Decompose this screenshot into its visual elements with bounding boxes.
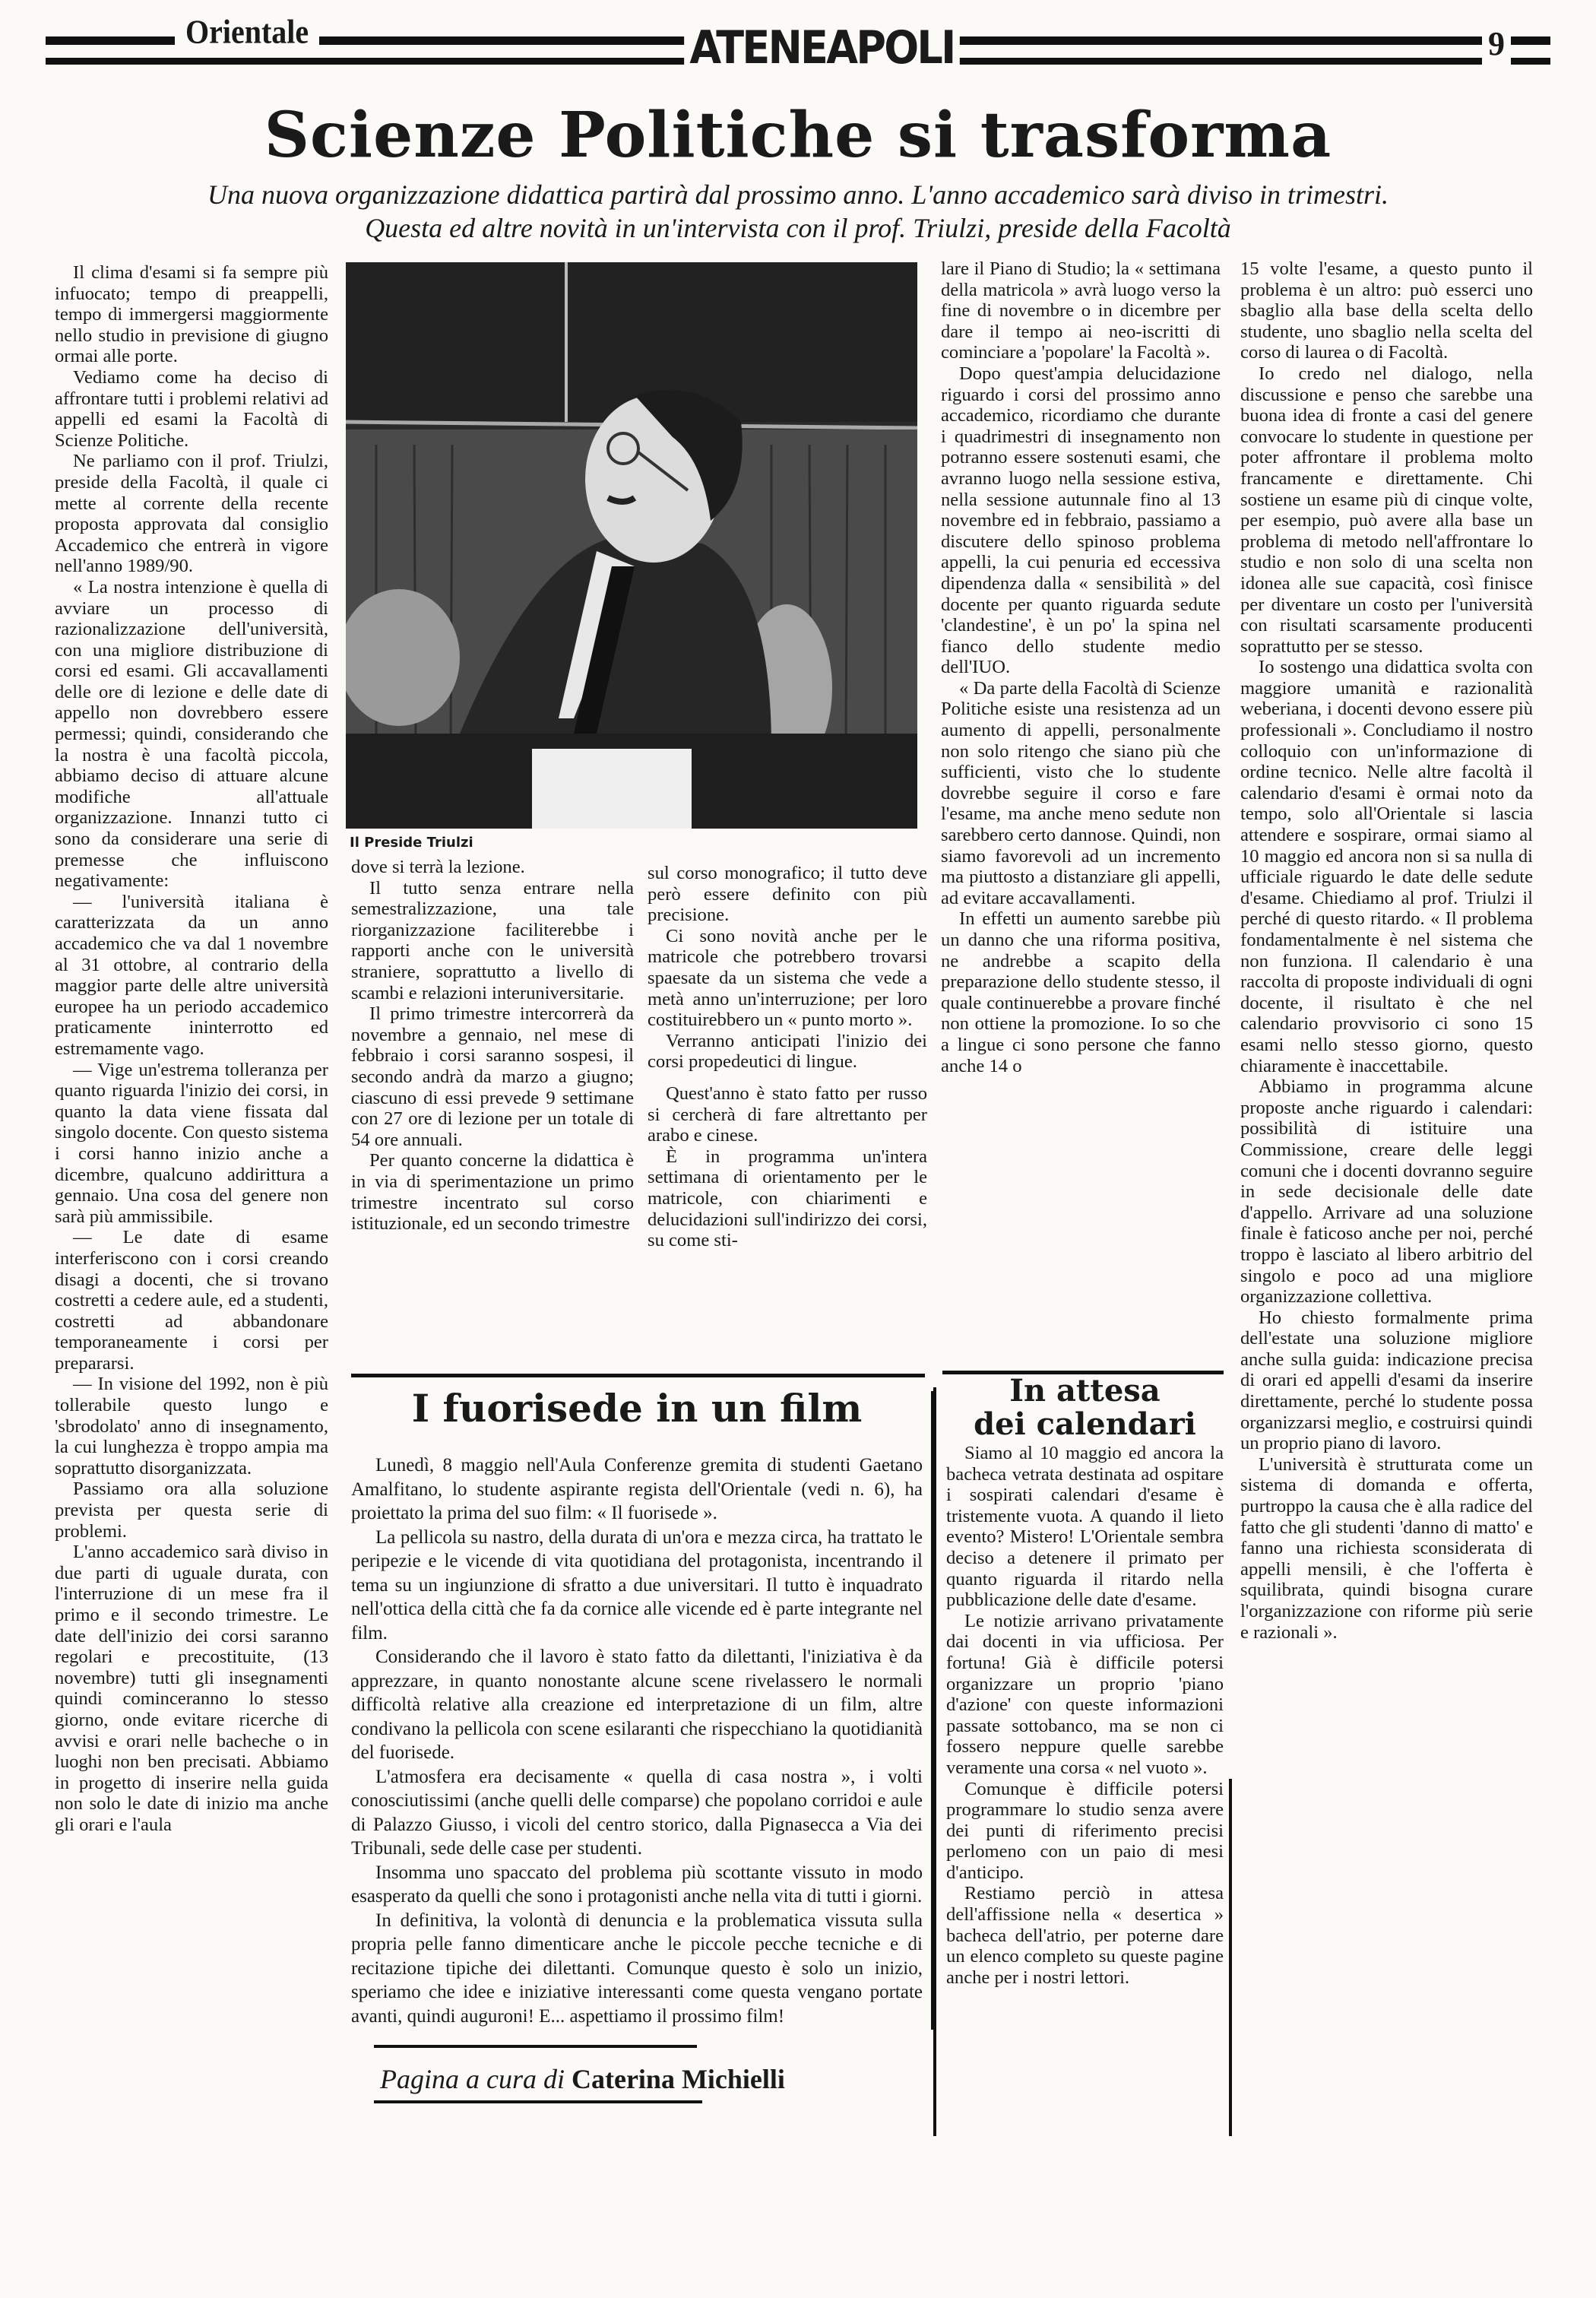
paragraph: Io credo nel dialogo, nella discussione … [1240, 363, 1533, 657]
paragraph: Ci sono novità anche per le matricole ch… [648, 926, 927, 1031]
paragraph: Il tutto senza entrare nella semestraliz… [351, 878, 634, 1004]
paragraph: Verranno anticipati l'inizio dei corsi p… [648, 1031, 927, 1073]
calendar-box-body: Siamo al 10 maggio ed ancora la bacheca … [946, 1443, 1224, 1988]
article-column-4: lare il Piano di Studio; la « settimana … [941, 258, 1221, 1076]
paragraph: L'università è strutturata come un siste… [1240, 1454, 1533, 1643]
paragraph: — Vige un'estrema tolleranza per quanto … [55, 1060, 328, 1228]
section-label: Orientale [175, 14, 319, 50]
paragraph: Il primo trimestre intercorrerà da novem… [351, 1003, 634, 1150]
paragraph: Io sostengo una didattica svolta con mag… [1240, 657, 1533, 1076]
article-subhead: Una nuova organizzazione didattica parti… [0, 178, 1596, 245]
paragraph: Passiamo ora alla soluzione prevista per… [55, 1479, 328, 1542]
article-column-3: sul corso monografico; il tutto deve per… [648, 863, 927, 1251]
paragraph: Siamo al 10 maggio ed ancora la bacheca … [946, 1443, 1224, 1611]
paragraph: — In visione del 1992, non è più tollera… [55, 1374, 328, 1479]
calendar-box-left-rule [933, 1387, 936, 2136]
credit-author: Caterina Michielli [572, 2064, 785, 2094]
paragraph: Considerando che il lavoro è stato fatto… [351, 1645, 923, 1765]
film-box-title: I fuorisede in un film [351, 1385, 923, 1432]
paragraph: È in programma un'intera settimana di or… [648, 1146, 927, 1251]
credit-bottom-rule [374, 2100, 702, 2103]
paragraph: Comunque è difficile potersi programmare… [946, 1779, 1224, 1884]
paragraph: In effetti un aumento sarebbe più un dan… [941, 908, 1221, 1076]
paragraph: Ne parliamo con il prof. Triulzi, presid… [55, 451, 328, 577]
credit-top-rule-2 [374, 2045, 697, 2048]
paragraph: Vediamo come ha deciso di affrontare tut… [55, 367, 328, 451]
publication-logo: ATENEAPOLI [684, 21, 960, 74]
paragraph: « La nostra intenzione è quella di avvia… [55, 577, 328, 892]
credit-prefix: Pagina a cura di [380, 2064, 565, 2094]
article-column-1: Il clima d'esami si fa sempre più infuoc… [55, 262, 328, 1836]
paragraph: « Da parte della Facoltà di Scienze Poli… [941, 678, 1221, 909]
paragraph: L'anno accademico sarà diviso in due par… [55, 1542, 328, 1835]
film-box: I fuorisede in un film Lunedì, 8 maggio … [351, 1385, 923, 2028]
paragraph: Restiamo perciò in attesa dell'affission… [946, 1883, 1224, 1988]
photo-image [346, 262, 917, 829]
paragraph: Il clima d'esami si fa sempre più infuoc… [55, 262, 328, 367]
paragraph: Le notizie arrivano privatamente dai doc… [946, 1611, 1224, 1779]
calendar-title-line-2: dei calendari [946, 1408, 1224, 1441]
paragraph: Quest'anno è stato fatto per russo si ce… [648, 1083, 927, 1146]
paragraph: In definitiva, la volontà di denuncia e … [351, 1909, 923, 2029]
paragraph: Per quanto concerne la didattica è in vi… [351, 1150, 634, 1234]
paragraph: dove si terrà la lezione. [351, 857, 634, 878]
paragraph: L'atmosfera era decisamente « quella di … [351, 1765, 923, 1861]
calendar-box: In attesa dei calendari Siamo al 10 magg… [946, 1374, 1224, 1988]
column-5-left-rule [1229, 1779, 1232, 2136]
article-column-5: 15 volte l'esame, a questo punto il prob… [1240, 258, 1533, 1643]
article-column-2: dove si terrà la lezione. Il tutto senza… [351, 857, 634, 1235]
calendar-box-title: In attesa dei calendari [946, 1374, 1224, 1441]
masthead: Orientale ATENEAPOLI 9 [46, 23, 1550, 76]
paragraph: La pellicola su nastro, della durata di … [351, 1526, 923, 1646]
paragraph: — l'università italiana è caratterizzata… [55, 892, 328, 1060]
paragraph: 15 volte l'esame, a questo punto il prob… [1240, 258, 1533, 363]
paragraph: lare il Piano di Studio; la « settimana … [941, 258, 1221, 363]
paragraph: Abbiamo in programma alcune proposte anc… [1240, 1076, 1533, 1307]
subhead-line-2: Questa ed altre novità in un'intervista … [0, 211, 1596, 245]
subhead-line-1: Una nuova organizzazione didattica parti… [0, 178, 1596, 211]
paragraph: sul corso monografico; il tutto deve per… [648, 863, 927, 926]
page-number: 9 [1482, 21, 1511, 67]
calendar-title-line-1: In attesa [946, 1374, 1224, 1408]
article-headline: Scienze Politiche si trasforma [0, 97, 1596, 173]
paragraph: — Le date di esame interferiscono con i … [55, 1227, 328, 1374]
paragraph: Insomma uno spaccato del problema più sc… [351, 1861, 923, 1909]
paragraph: Lunedì, 8 maggio nell'Aula Conferenze gr… [351, 1453, 923, 1526]
film-box-top-rule [351, 1374, 925, 1377]
paragraph: Ho chiesto formalmente prima dell'estate… [1240, 1307, 1533, 1454]
portrait-photo [346, 262, 917, 829]
film-box-body: Lunedì, 8 maggio nell'Aula Conferenze gr… [351, 1453, 923, 2028]
paragraph: Dopo quest'ampia delucidazione riguardo … [941, 363, 1221, 678]
page-credit: Pagina a cura di Caterina Michielli [380, 2062, 904, 2097]
photo-caption: Il Preside Triulzi [350, 835, 473, 851]
